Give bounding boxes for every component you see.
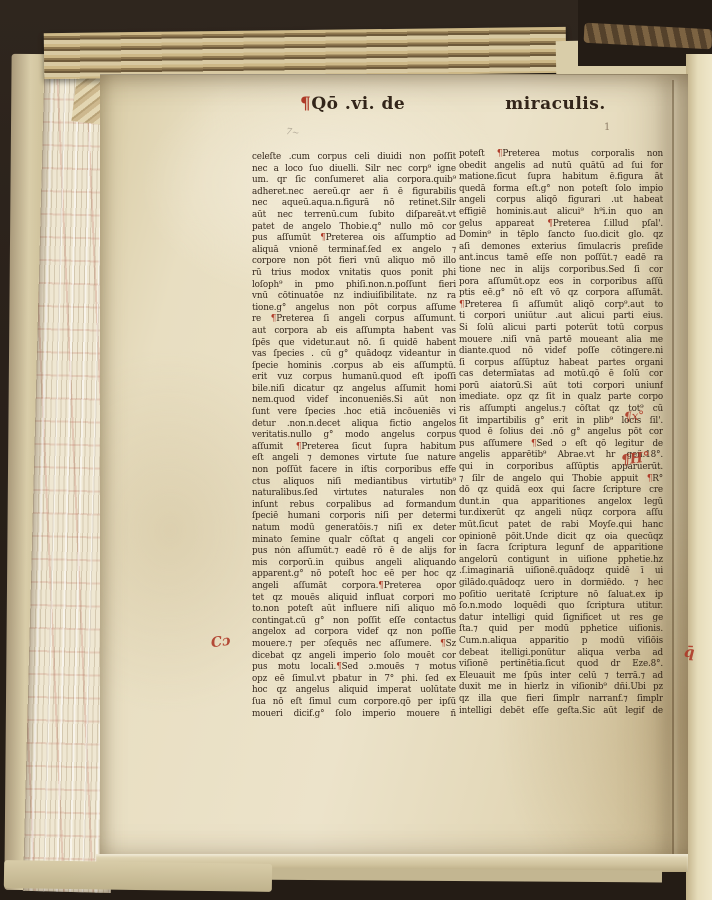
text-line: contingat.cū g° non poſſit eſſe contactu… [252, 616, 456, 628]
text-line: erit vuz corpus humanū.quod eſt ipoſſi [252, 372, 456, 384]
text-line: re ¶Preterea ſi angeli corpus aſſumunt. [252, 314, 456, 326]
text-line: effigiē hominis.aut alicui⁹ h⁹i.in quo a… [459, 207, 663, 219]
text-line: ant.incus tamē eſſe non poſſūt.⁊ eadē ra [459, 253, 663, 265]
running-header-right: miraculis. [505, 94, 606, 114]
text-line: naturalibus.ſed virtutes naturales non [252, 488, 456, 500]
text-line: debeat itelligi.ponūtur aliqua verba ad [459, 648, 663, 660]
top-page-edges [44, 27, 567, 79]
text-line: quedā forma eſt.g° non poteſt ſolo impio [459, 184, 663, 196]
text-block: celeſte .cum corpus celi diuidi non poſſ… [252, 152, 663, 720]
text-line: pus aſſumūt ¶Preterea ois aſſumptio ad [252, 233, 456, 245]
text-line: ſunt vere ſpecies .hoc etiā incōueniēs v… [252, 407, 456, 419]
bottom-page-edges-inner [238, 868, 662, 883]
running-header: ¶Qō .vi. de miraculis. [252, 94, 664, 114]
text-line: Domin⁹ in tēplo ſancto ſuo.dicit glo. qz [459, 230, 663, 242]
text-line: dunt.in qua apparitiones angelox legū [459, 497, 663, 509]
text-line: tione nec in alijs corporibus.Sed ſi cor [459, 265, 663, 277]
text-line: inſunt rebus corpalibus ad formandum [252, 500, 456, 512]
text-line: viſionē pertinētia.ſicut quod dr Eze.8°. [459, 659, 663, 671]
text-column-right: poteſt ¶Preterea motus corporalis nonobe… [459, 149, 663, 720]
rubric-pilcrow: ¶ [647, 474, 652, 484]
text-line: veritatis.nullo g° modo angelus corpus [252, 430, 456, 442]
text-line: ſpēs que videtur.aut nō. ſi quidē habent [252, 338, 456, 350]
rubric-pilcrow: ¶ [497, 149, 502, 159]
text-line: ſpeciē humani corporis niſi per determi [252, 511, 456, 523]
text-line: opz eē ſimul.vt pbatur in 7° phi. ſed ex [252, 674, 456, 686]
text-line: detur .non.n.decet aliqua fictio angelos [252, 419, 456, 431]
gutter-fold [672, 80, 674, 858]
text-line: hoc qz angelus aliquid imperat uolūtate [252, 685, 456, 697]
text-line: pus aſſumere ¶Sed ɔ eſt qō legitur de [459, 439, 663, 451]
text-line: obedit angelis ad nutū quātū ad ſui for [459, 161, 663, 173]
text-line: aut corpora ab eis aſſumpta habent vas [252, 326, 456, 338]
text-line: imediate. opz qz ſit in qualz parte corp… [459, 392, 663, 404]
marginal-note-right-3: q̄ [684, 643, 695, 662]
pen-mark: 1 [604, 122, 610, 133]
text-line: adheret.nec aereū.qr aer ñ ē figurabilis [252, 187, 456, 199]
text-column-left: celeſte .cum corpus celi diuidi non poſſ… [252, 152, 456, 720]
text-line: loſoph⁹ in pmo phiſi.non.n.poſſunt fieri [252, 280, 456, 292]
text-line: minato ſemine qualr cōſtat q angeli cor [252, 535, 456, 547]
text-line: ⁊ ſilr de angelo qui Thobie appuit ¶R° [459, 474, 663, 486]
text-line: ſo.n.modo loquēdi quo ſcriptura utitur. [459, 601, 663, 613]
running-header-left: ¶Qō .vi. de [300, 94, 405, 114]
text-line: bile.niſi dicatur qz angelus aſſumit hom… [252, 384, 456, 396]
rubric-pilcrow: ¶ [336, 662, 341, 672]
text-line: mis corporū.in quibus angeli aliquando [252, 558, 456, 570]
text-line: poſitio ueritatē ſcripture nō ſaluat.ex … [459, 590, 663, 602]
text-line: ſta.⁊ quid per modū pphetice uiſionis. [459, 624, 663, 636]
text-line: Eleuauit me ſpūs inter celū ⁊ terrā.⁊ ad [459, 671, 663, 683]
marginal-note-left: Cɔ [210, 633, 232, 652]
book-photograph: ¶Qō .vi. de miraculis. celeſte .cum corp… [0, 0, 712, 900]
text-line: ſpecie hominis .corpus ab eis aſſumptū. [252, 361, 456, 373]
text-line: vnū cōtinuatōe nz indiuiſibilitate. nz r… [252, 291, 456, 303]
text-line: gelus appareat ¶Preterea ſ.illud pſal'. [459, 219, 663, 231]
text-line: quod ē ſolius dei .nō g° angelus pōt cor [459, 427, 663, 439]
text-line: ſua nō eſt ſimul cum corpore.qō per ipſū [252, 697, 456, 709]
text-line: to.non poteſt aūt influere niſi aliquo m… [252, 604, 456, 616]
text-line: Cum.n.aliqua apparitio p modū viſiōis [459, 636, 663, 648]
rubric-pilcrow: ¶ [300, 94, 311, 114]
text-line: um. qr ſic conſumeret alia corpora.quib⁹ [252, 175, 456, 187]
text-line: dicebat qz angeli imperio ſolo mouēt cor [252, 651, 456, 663]
text-line: diante.quod nō videf poſſe cōtingere.ni [459, 346, 663, 358]
text-line: angelox ad corpora videf qz non poſſie [252, 627, 456, 639]
text-line: aūt nec terrenū.cum ſubito diſpareāt.vt [252, 210, 456, 222]
rubric-pilcrow: ¶ [547, 219, 552, 229]
text-line: ¶Preterea ſi aſſumūt aliqō corp⁹.aut to [459, 300, 663, 312]
text-line: nec aqueū.aqua.n.figurā nō retinet.Silr [252, 198, 456, 210]
text-line: matione.ſicut ſupra habitum ē.figura āt [459, 172, 663, 184]
text-line: natum modū generatōis.⁊ niſi ex deter [252, 523, 456, 535]
text-line: tione.g° angelus non pōt corpus aſſume [252, 303, 456, 315]
text-line: angeli aſſumāt corpora.¶Preterea opor [252, 581, 456, 593]
text-line: qz illa que fieri ſimplr narranf.⁊ ſimpl… [459, 694, 663, 706]
text-line: opinionē pōit.Unde dicit qz oia quecūqz [459, 532, 663, 544]
text-line: .ſ.imaginariā uiſionē.quādoqz quidē ī ui [459, 566, 663, 578]
rubric-pilcrow: ¶ [271, 314, 276, 324]
text-line: ti corpori uniūtur .aut alicui parti eiu… [459, 311, 663, 323]
text-line: mūt.ſicut patet de rabi Moyſe.qui hanc [459, 520, 663, 532]
text-line: pora aſſumūt.opz eos in corporibus aſſū [459, 277, 663, 289]
text-line: aſſumit ¶Preterea ſicut ſupra habitum [252, 442, 456, 454]
text-line: mouere.⁊ per ɔſequēs nec aſſumere. ¶Sz [252, 639, 456, 651]
text-line: nec a loco ſuo diuelli. Silr nec corp⁹ i… [252, 164, 456, 176]
text-line: corpore non pōt fieri vnū aliquo mō illo [252, 256, 456, 268]
text-line: rū trius modox vnitatis quos ponit phi [252, 268, 456, 280]
text-line: tet qz mouēs aliquid influat corpori mo [252, 593, 456, 605]
marginal-note-right-1: ¶x° [623, 408, 645, 424]
running-header-left-text: Qō .vi. de [311, 94, 405, 114]
text-line: aliquā vnionē terminaf.ſed ex angelo ⁊ [252, 245, 456, 257]
text-line: ctus aliquos niſi mediantibus virtutib⁹ [252, 477, 456, 489]
text-line: patet de angelo Thobie.q° nullo mō cor [252, 222, 456, 234]
text-line: dō qz quidā eox qui ſacre ſcripture cre [459, 485, 663, 497]
text-line: cas determīatas ad motū.qō ē ſolū cor [459, 369, 663, 381]
text-line: gilādo.quādoqz uero in dormiēdo. ⁊ hec [459, 578, 663, 590]
text-line: moueri dicif.g° ſolo imperio mouere ñ [252, 709, 456, 721]
text-line: non poſſūt facere in iſtis corporibus ef… [252, 465, 456, 477]
text-line: apparent.g° nō poteſt hoc eē per hoc qz [252, 569, 456, 581]
text-line: aſi demones exterius ſimulacris preſide [459, 242, 663, 254]
rubric-pilcrow: ¶ [531, 439, 536, 449]
text-line: in ſacra ſcriptura legunf de apparitione [459, 543, 663, 555]
text-line: celeſte .cum corpus celi diuidi non poſſ… [252, 152, 456, 164]
text-line: Si ſolū alicui parti poterūt totū corpus [459, 323, 663, 335]
text-line: pus nón aſſumūt.⁊ eadē rō ē de alijs for [252, 546, 456, 558]
text-line: ptis eē.g° nō eſt vō qz corpora aſſumāt. [459, 288, 663, 300]
rubric-pilcrow: ¶ [378, 581, 383, 591]
text-line: poteſt ¶Preterea motus corporalis non [459, 149, 663, 161]
text-line: duxit me in hierlz in viſionib⁹ dñi.Ubi … [459, 682, 663, 694]
text-line: eſt angeli ⁊ demones virtute ſue nature [252, 453, 456, 465]
text-line: tur.dixerūt qz angeli nūqz corpora aſſu [459, 508, 663, 520]
rubric-pilcrow: ¶ [459, 300, 464, 310]
text-line: vas ſpecies . cū g° quādoqz videantur in [252, 349, 456, 361]
text-line: intelligi debēt eſſe geſta.Sic aūt legif… [459, 706, 663, 718]
text-line: angelorū contigunt in uiſione pphetie.hz [459, 555, 663, 567]
text-line: nem.quod videf inconueniēs.Si aūt non [252, 395, 456, 407]
binding-board-bottom [4, 860, 272, 892]
text-line: mouere .niſi vnā partē moueant alia me [459, 335, 663, 347]
text-line: datur intelligi quid ſignificet ut res g… [459, 613, 663, 625]
rubric-pilcrow: ¶ [440, 639, 445, 649]
rubric-pilcrow: ¶ [296, 442, 301, 452]
text-line: pus motu locali.¶Sed ɔ.mouēs ⁊ motus [252, 662, 456, 674]
text-line: ſi corpus aſſūptuz habeat partes organi [459, 358, 663, 370]
facing-page-sliver [686, 54, 712, 900]
pencil-mark: 7~ [285, 127, 300, 139]
rubric-pilcrow: ¶ [320, 233, 325, 243]
text-line: angeli corpus aliqō figurari .ut habeat [459, 195, 663, 207]
text-line: porū aiatorū.Si aūt toti corpori uniunf [459, 381, 663, 393]
